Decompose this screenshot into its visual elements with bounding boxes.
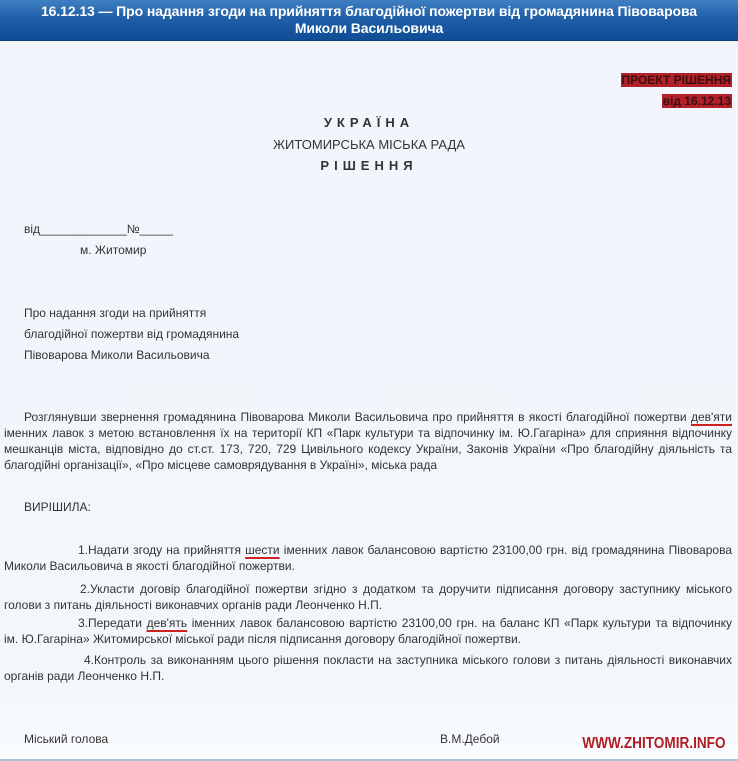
subject-line-3: Півоварова Миколи Васильовича	[24, 348, 210, 362]
preamble-paragraph: Розглянувши звернення громадянина Півова…	[4, 409, 732, 473]
article-title-bar: 16.12.13 — Про надання згоди на прийнятт…	[0, 0, 738, 41]
subject-line-1: Про надання згоди на прийняття	[24, 306, 206, 320]
draft-stamp: ПРОЕКТ РІШЕННЯ	[621, 73, 732, 87]
draft-date-stamp: від 16.12.13	[662, 94, 732, 108]
subject-line-2: благодійної пожертви від громадянина	[24, 327, 239, 341]
document-page: ПРОЕКТ РІШЕННЯ від 16.12.13 УКРАЇНА ЖИТО…	[0, 42, 738, 761]
decision-heading: РІШЕННЯ	[0, 158, 738, 173]
title-line-2: Миколи Васильовича	[0, 20, 738, 37]
date-number-line: від_____________№_____	[24, 222, 173, 236]
highlight-nine-2: дев'ять	[147, 616, 188, 630]
country-heading: УКРАЇНА	[0, 115, 738, 130]
decision-item-2: 2.Укласти договір благодійної пожертви з…	[4, 581, 732, 613]
signature-name: В.М.Дебой	[440, 732, 500, 746]
decision-item-1: 1.Надати згоду на прийняття шести іменни…	[4, 542, 732, 574]
title-line-1: 16.12.13 — Про надання згоди на прийнятт…	[0, 3, 738, 20]
council-heading: ЖИТОМИРСЬКА МІСЬКА РАДА	[0, 137, 738, 152]
highlight-six: шести	[245, 543, 280, 557]
signature-title: Міський голова	[24, 732, 108, 746]
site-watermark: WWW.ZHITOMIR.INFO	[583, 735, 726, 753]
resolved-label: ВИРІШИЛА:	[24, 500, 91, 514]
highlight-nine: дев'яти	[691, 410, 732, 424]
decision-item-4: 4.Контроль за виконанням цього рішення п…	[4, 652, 732, 684]
decision-item-3: 3.Передати дев'ять іменних лавок балансо…	[4, 615, 732, 647]
city-label: м. Житомир	[80, 243, 146, 257]
